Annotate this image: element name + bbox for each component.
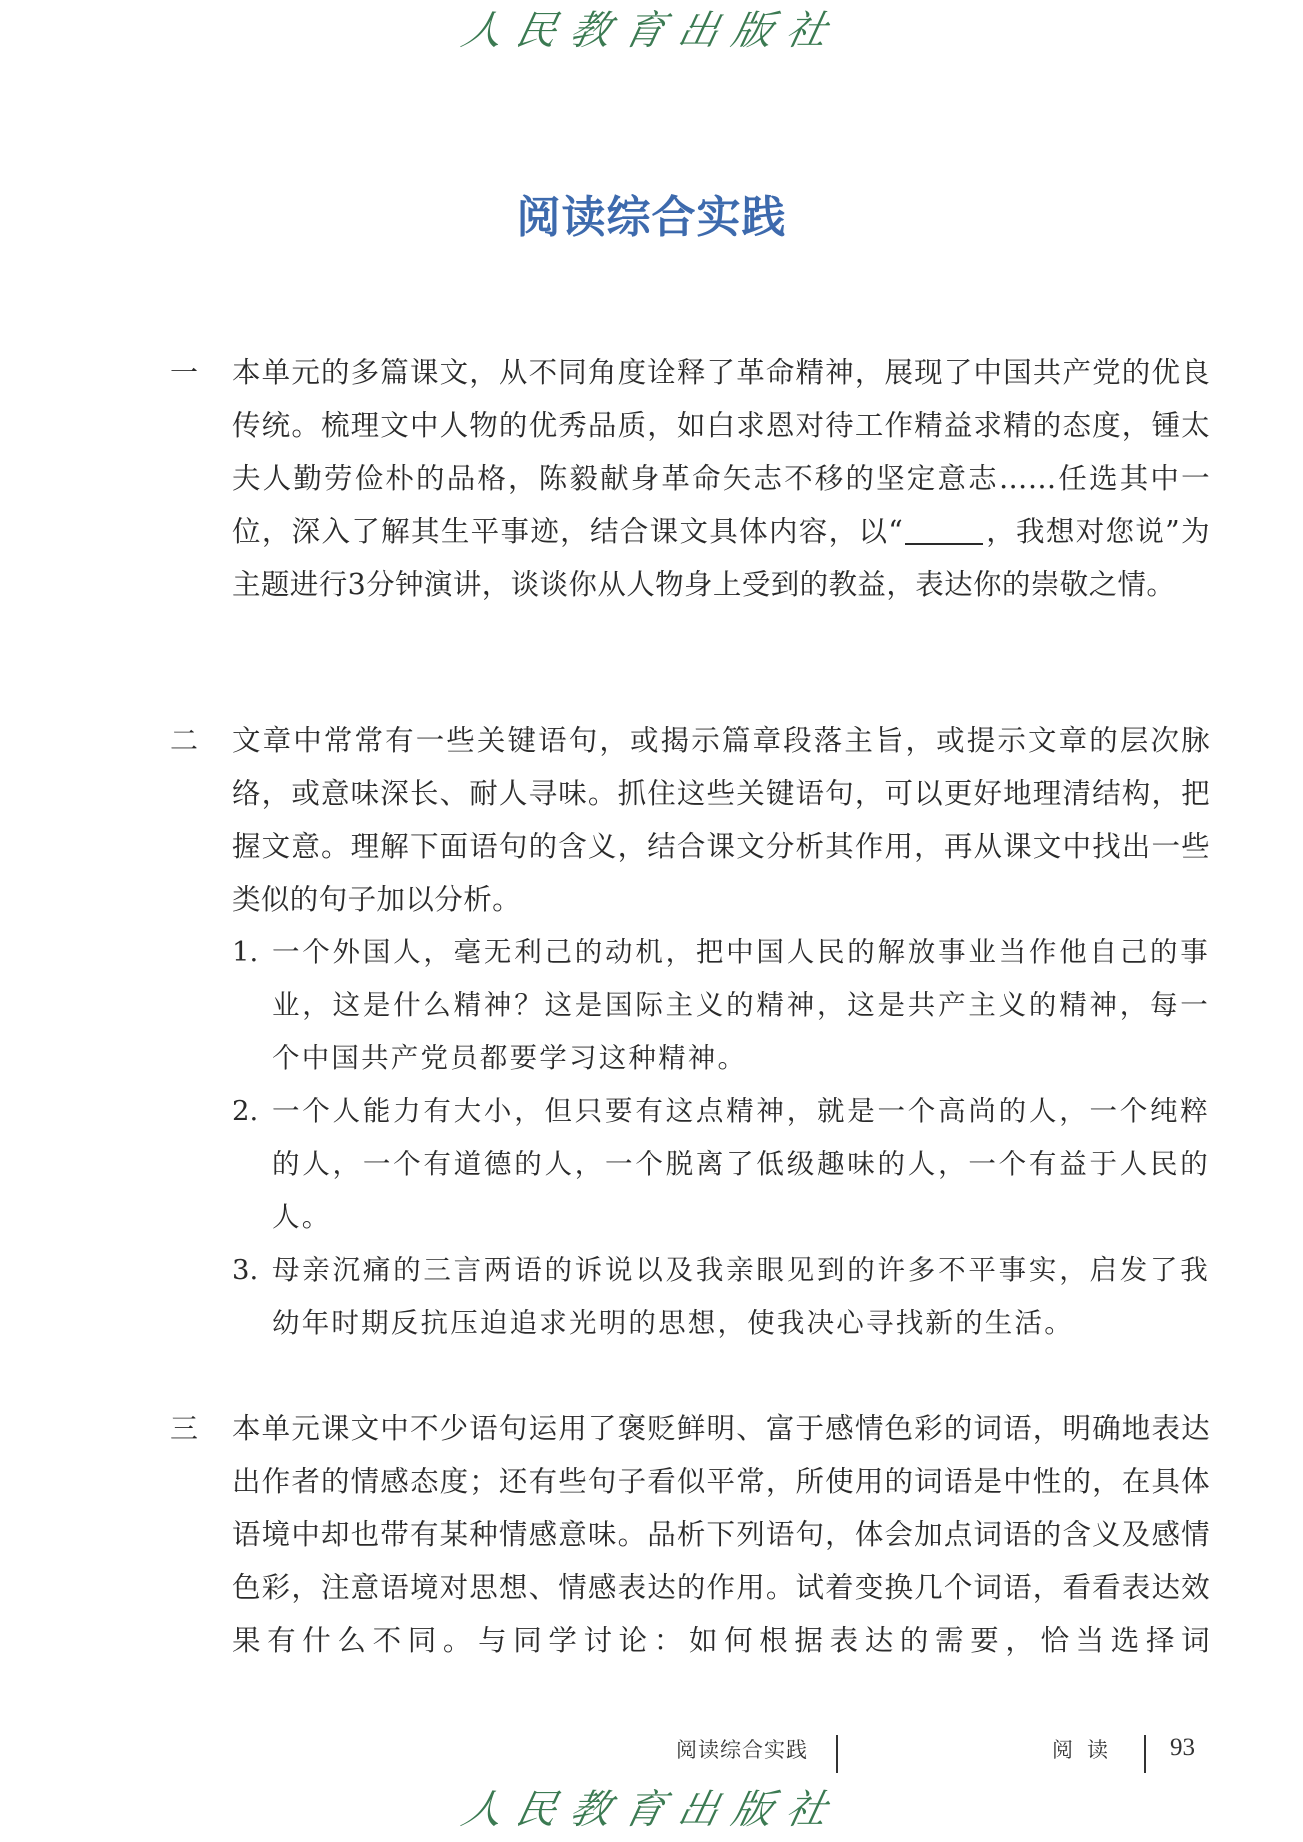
section-number: 二: [170, 714, 210, 767]
footer-divider: [836, 1735, 838, 1773]
item-text: 一个外国人，毫无利己的动机，把中国人民的解放事业当作他自己的事业，这是什么精神？…: [232, 926, 1210, 1085]
example-sentence-list: 1. 一个外国人，毫无利己的动机，把中国人民的解放事业当作他自己的事业，这是什么…: [232, 926, 1210, 1350]
item-number: 3.: [232, 1244, 272, 1297]
footer-unit-name: 阅读: [1052, 1735, 1122, 1765]
footer-divider: [1144, 1735, 1146, 1773]
section-text: 本单元的多篇课文，从不同角度诠释了革命精神，展现了中国共产党的优良传统。梳理文中…: [232, 346, 1210, 611]
example-sentence-2: 2. 一个人能力有大小，但只要有这点精神，就是一个高尚的人，一个纯粹的人，一个有…: [232, 1085, 1210, 1244]
item-number: 1.: [232, 926, 272, 979]
item-text: 一个人能力有大小，但只要有这点精神，就是一个高尚的人，一个纯粹的人，一个有道德的…: [232, 1085, 1210, 1244]
page-footer: 阅读综合实践 阅读 93: [0, 1735, 1303, 1775]
section-text: 本单元课文中不少语句运用了褒贬鲜明、富于感情色彩的词语，明确地表达出作者的情感态…: [232, 1402, 1210, 1667]
item-text: 母亲沉痛的三言两语的诉说以及我亲眼见到的许多不平事实，启发了我幼年时期反抗压迫追…: [232, 1244, 1210, 1350]
section-text: 文章中常常有一些关键语句，或揭示篇章段落主旨，或提示文章的层次脉络，或意味深长、…: [232, 714, 1210, 926]
publisher-logo-footer: 人民教育出版社: [0, 1785, 1303, 1835]
page-number: 93: [1170, 1733, 1195, 1763]
example-sentence-1: 1. 一个外国人，毫无利己的动机，把中国人民的解放事业当作他自己的事业，这是什么…: [232, 926, 1210, 1085]
page-title: 阅读综合实践: [0, 188, 1303, 248]
footer-section-name: 阅读综合实践: [676, 1735, 808, 1765]
fill-in-blank: [905, 513, 983, 545]
item-number: 2.: [232, 1085, 272, 1138]
section-number: 三: [170, 1402, 210, 1455]
example-sentence-3: 3. 母亲沉痛的三言两语的诉说以及我亲眼见到的许多不平事实，启发了我幼年时期反抗…: [232, 1244, 1210, 1350]
section-number: 一: [170, 346, 210, 399]
publisher-logo-header: 人民教育出版社: [0, 6, 1303, 56]
